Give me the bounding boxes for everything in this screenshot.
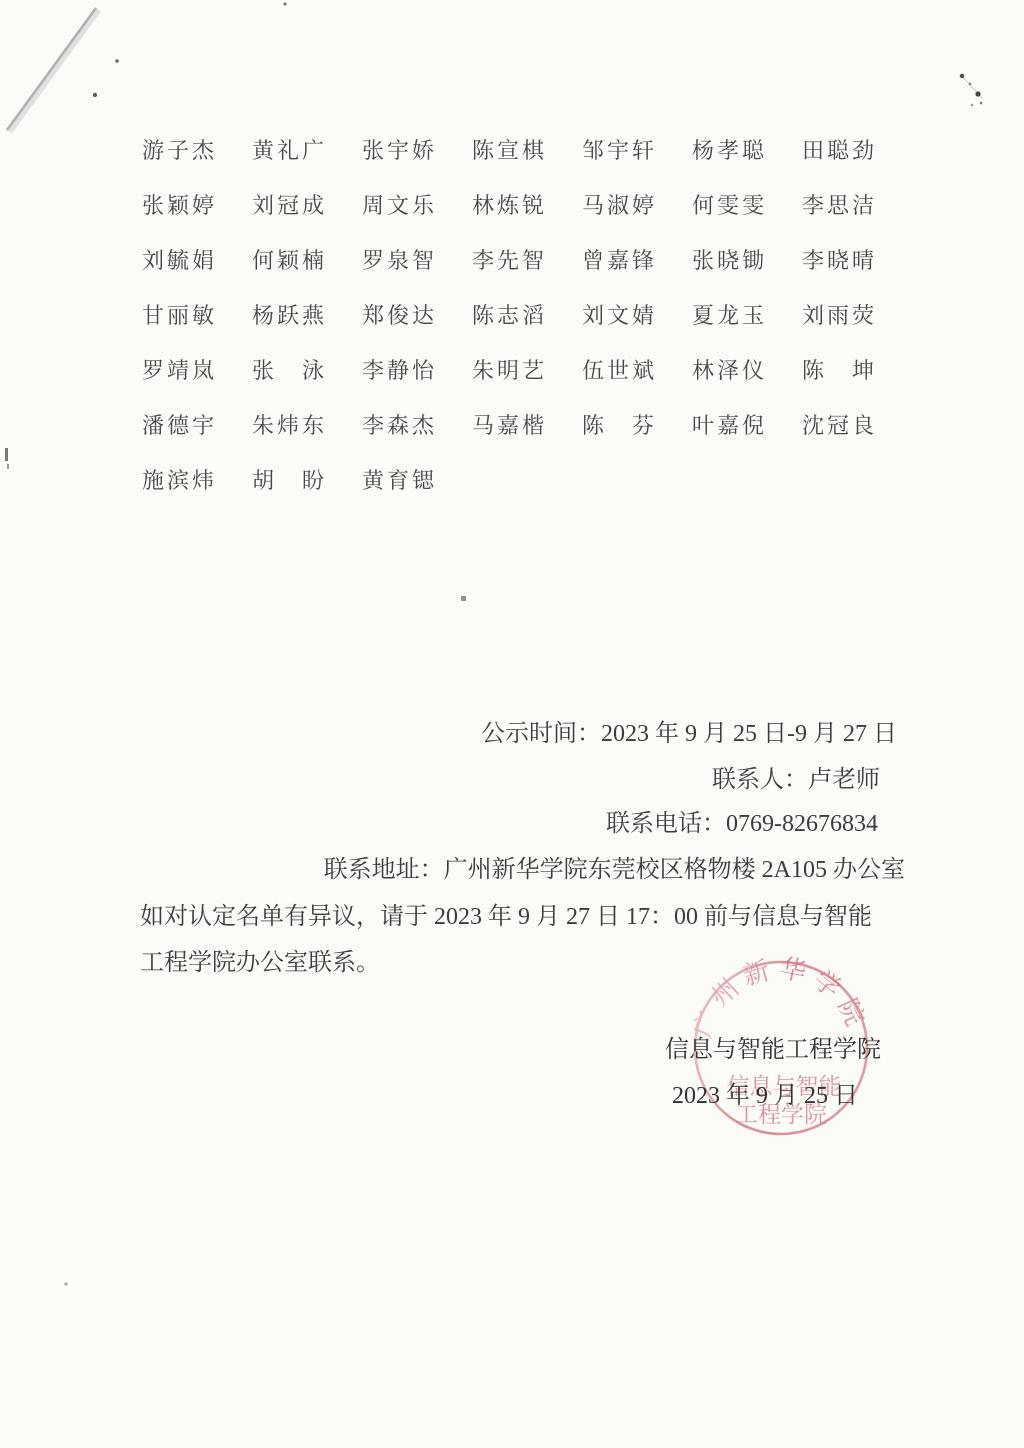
signature-block: 信息与智能工程学院 2023 年 9 月 25 日 <box>0 0 1024 1448</box>
document-page: 游子杰黄礼广张宇娇陈宣棋邹宇轩杨孝聪田聪劲张颖婷刘冠成周文乐林炼锐马淑婷何雯雯李… <box>0 0 1024 1448</box>
scanned-notice-page: { "document": { "names": [ ["游子杰","黄礼广",… <box>0 0 1024 1448</box>
signature-organization: 信息与智能工程学院 <box>665 1036 881 1064</box>
signature-date: 2023 年 9 月 25 日 <box>672 1082 858 1110</box>
